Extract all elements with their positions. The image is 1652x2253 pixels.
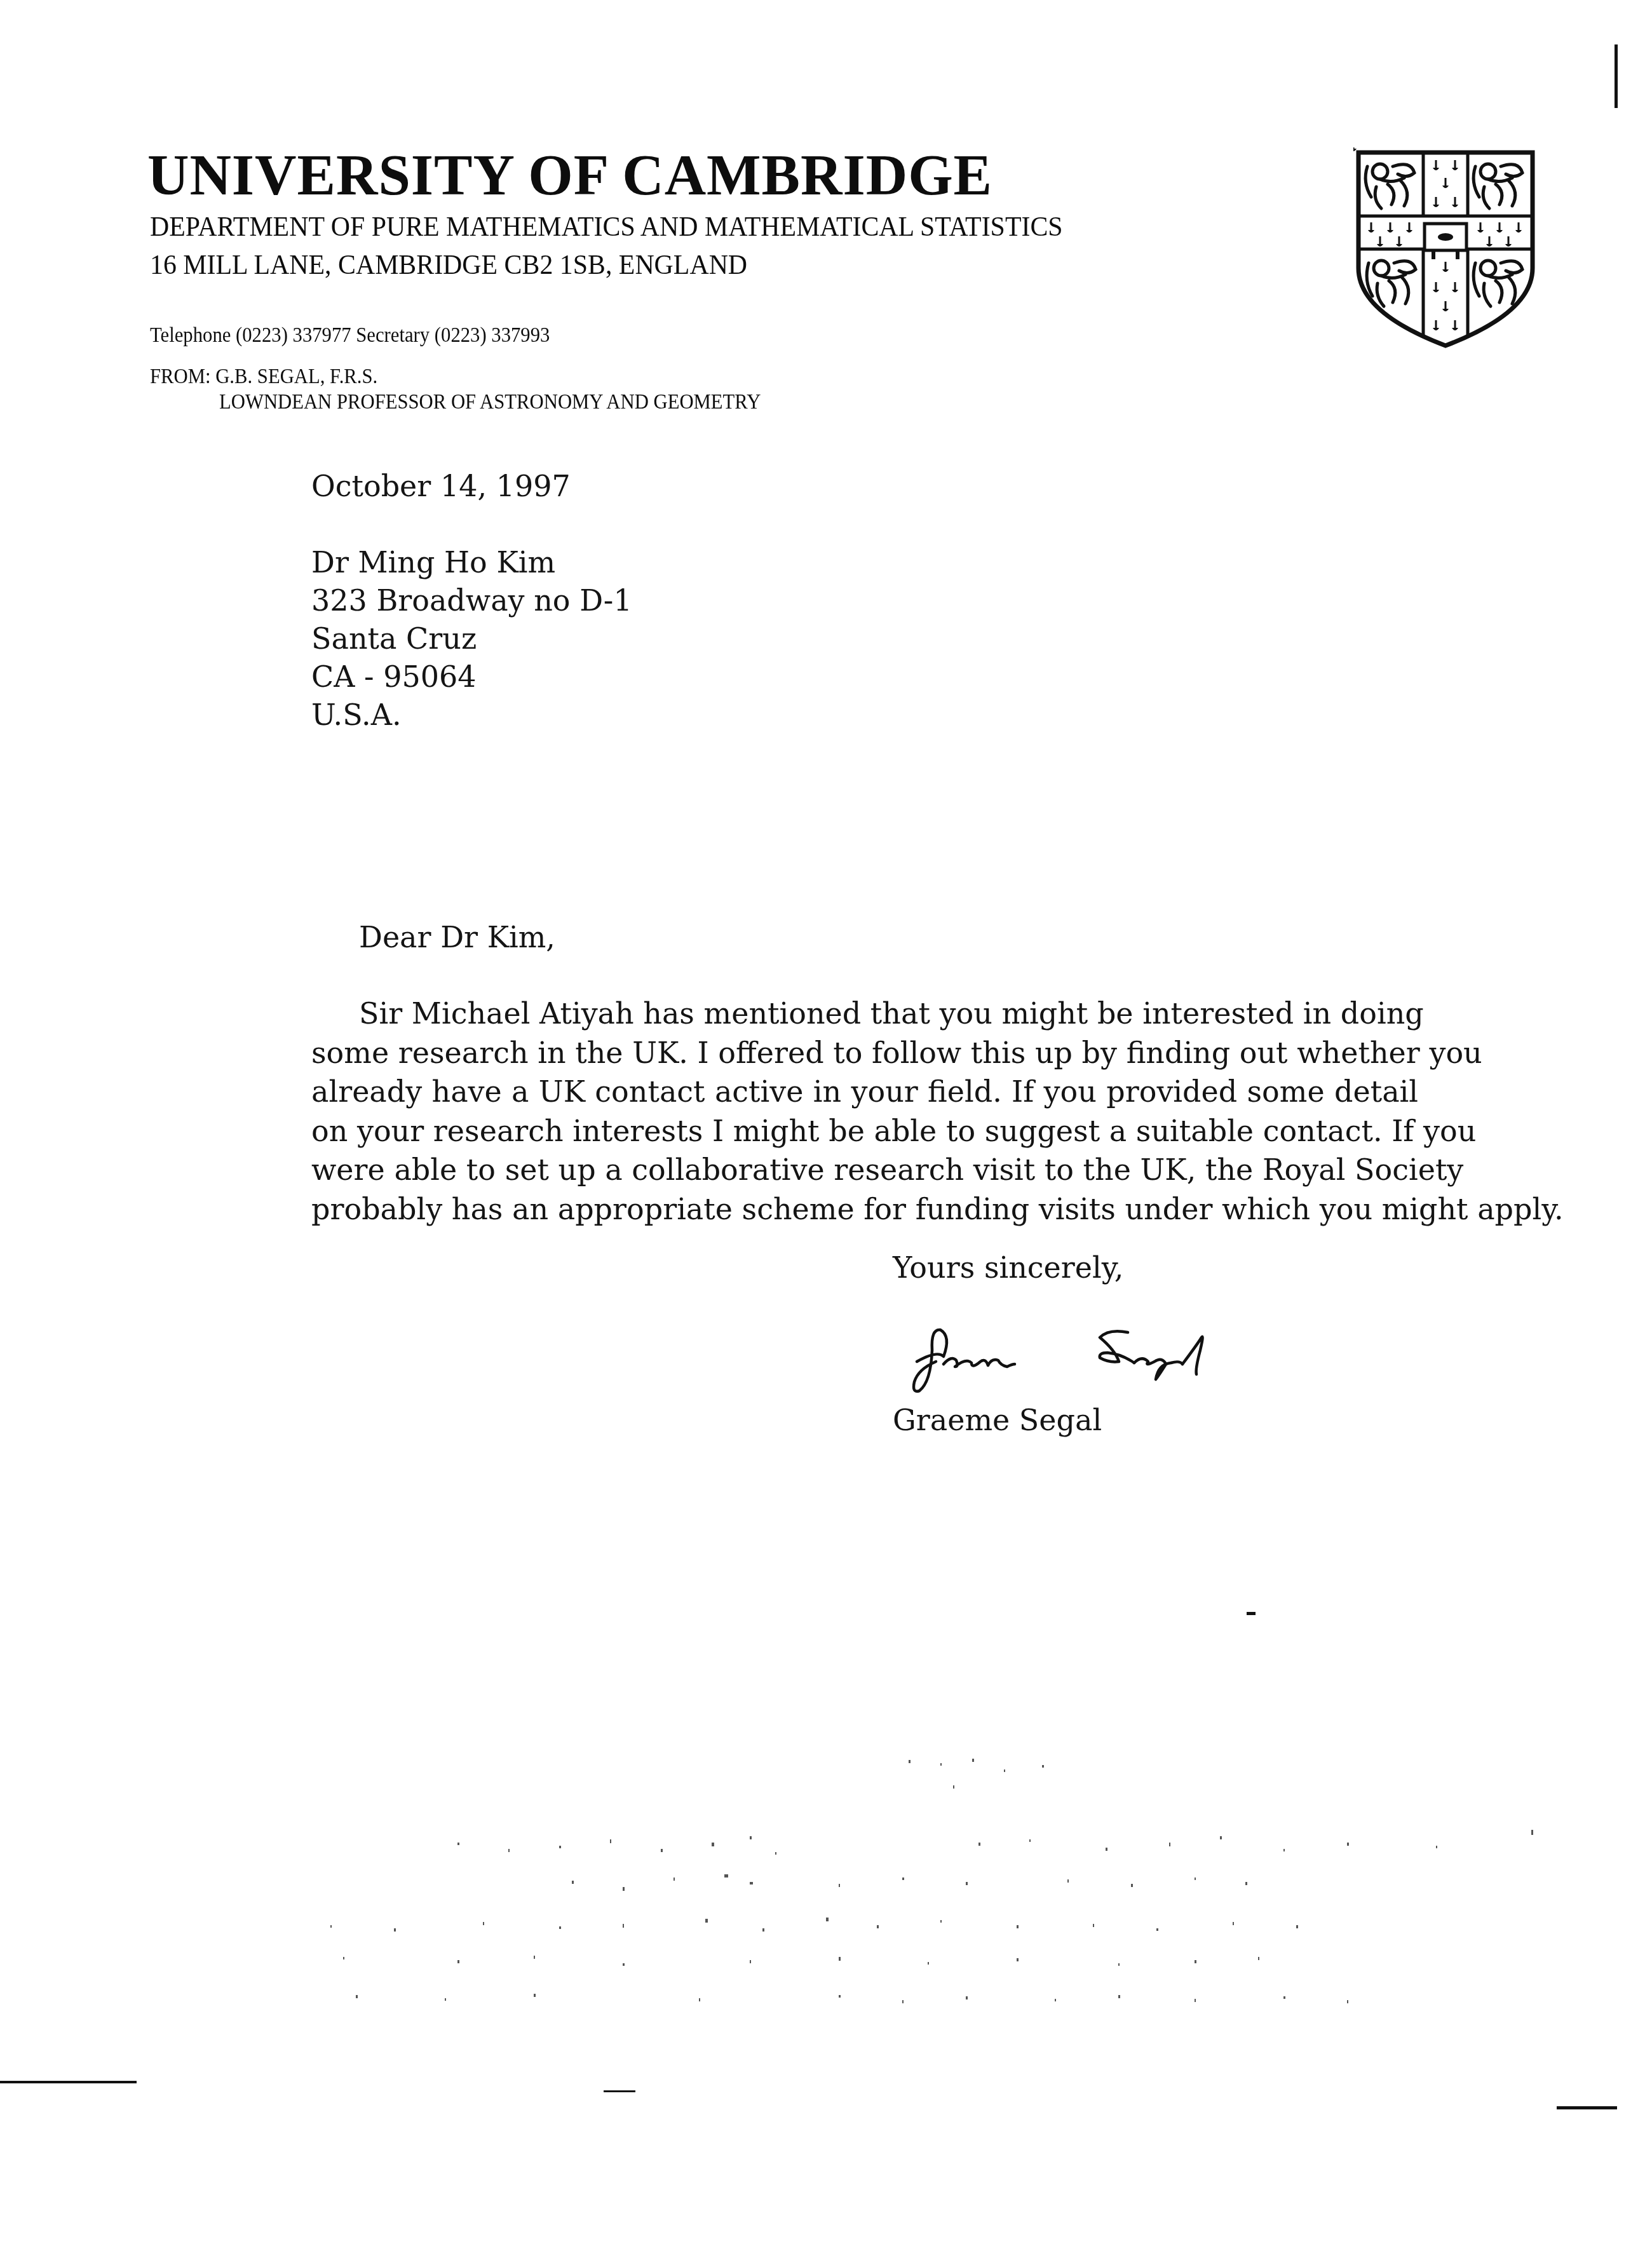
body-line: on your research interests I might be ab… (311, 1112, 1418, 1151)
scan-margin-mark (1615, 44, 1618, 108)
coat-of-arms-icon (1353, 147, 1538, 349)
department-name: DEPARTMENT OF PURE MATHEMATICS AND MATHE… (150, 210, 1063, 243)
body-line: were able to set up a collaborative rese… (311, 1151, 1418, 1190)
scan-margin-mark (604, 2090, 635, 2092)
signature-icon (905, 1325, 1261, 1401)
body-line: some research in the UK. I offered to fo… (311, 1034, 1418, 1073)
recipient-city: Santa Cruz (311, 619, 632, 658)
body-line: Sir Michael Atiyah has mentioned that yo… (311, 994, 1418, 1034)
scan-margin-mark (0, 2081, 137, 2083)
letter-date: October 14, 1997 (311, 467, 571, 505)
salutation: Dear Dr Kim, (359, 918, 555, 956)
letter-body: Sir Michael Atiyah has mentioned that yo… (311, 994, 1418, 1229)
scan-speck (1247, 1612, 1256, 1615)
recipient-address: Dr Ming Ho Kim 323 Broadway no D-1 Santa… (311, 543, 632, 734)
scan-noise (267, 1715, 1588, 2033)
telephone-line: Telephone (0223) 337977 Secretary (0223)… (150, 324, 550, 348)
closing: Yours sincerely, (893, 1248, 1123, 1287)
body-line: probably has an appropriate scheme for f… (311, 1190, 1418, 1229)
sender-line: FROM: G.B. SEGAL, F.R.S. (150, 365, 377, 389)
signer-name: Graeme Segal (893, 1401, 1102, 1439)
recipient-street: 323 Broadway no D-1 (311, 581, 632, 619)
department-address: 16 MILL LANE, CAMBRIDGE CB2 1SB, ENGLAND (150, 248, 747, 281)
recipient-country: U.S.A. (311, 696, 632, 734)
institution-title: UNIVERSITY OF CAMBRIDGE (147, 141, 992, 208)
body-line: already have a UK contact active in your… (311, 1072, 1418, 1112)
recipient-name: Dr Ming Ho Kim (311, 543, 632, 581)
scan-margin-mark (1557, 2106, 1617, 2109)
recipient-state-zip: CA - 95064 (311, 658, 632, 696)
sender-position: LOWNDEAN PROFESSOR OF ASTRONOMY AND GEOM… (219, 391, 761, 414)
